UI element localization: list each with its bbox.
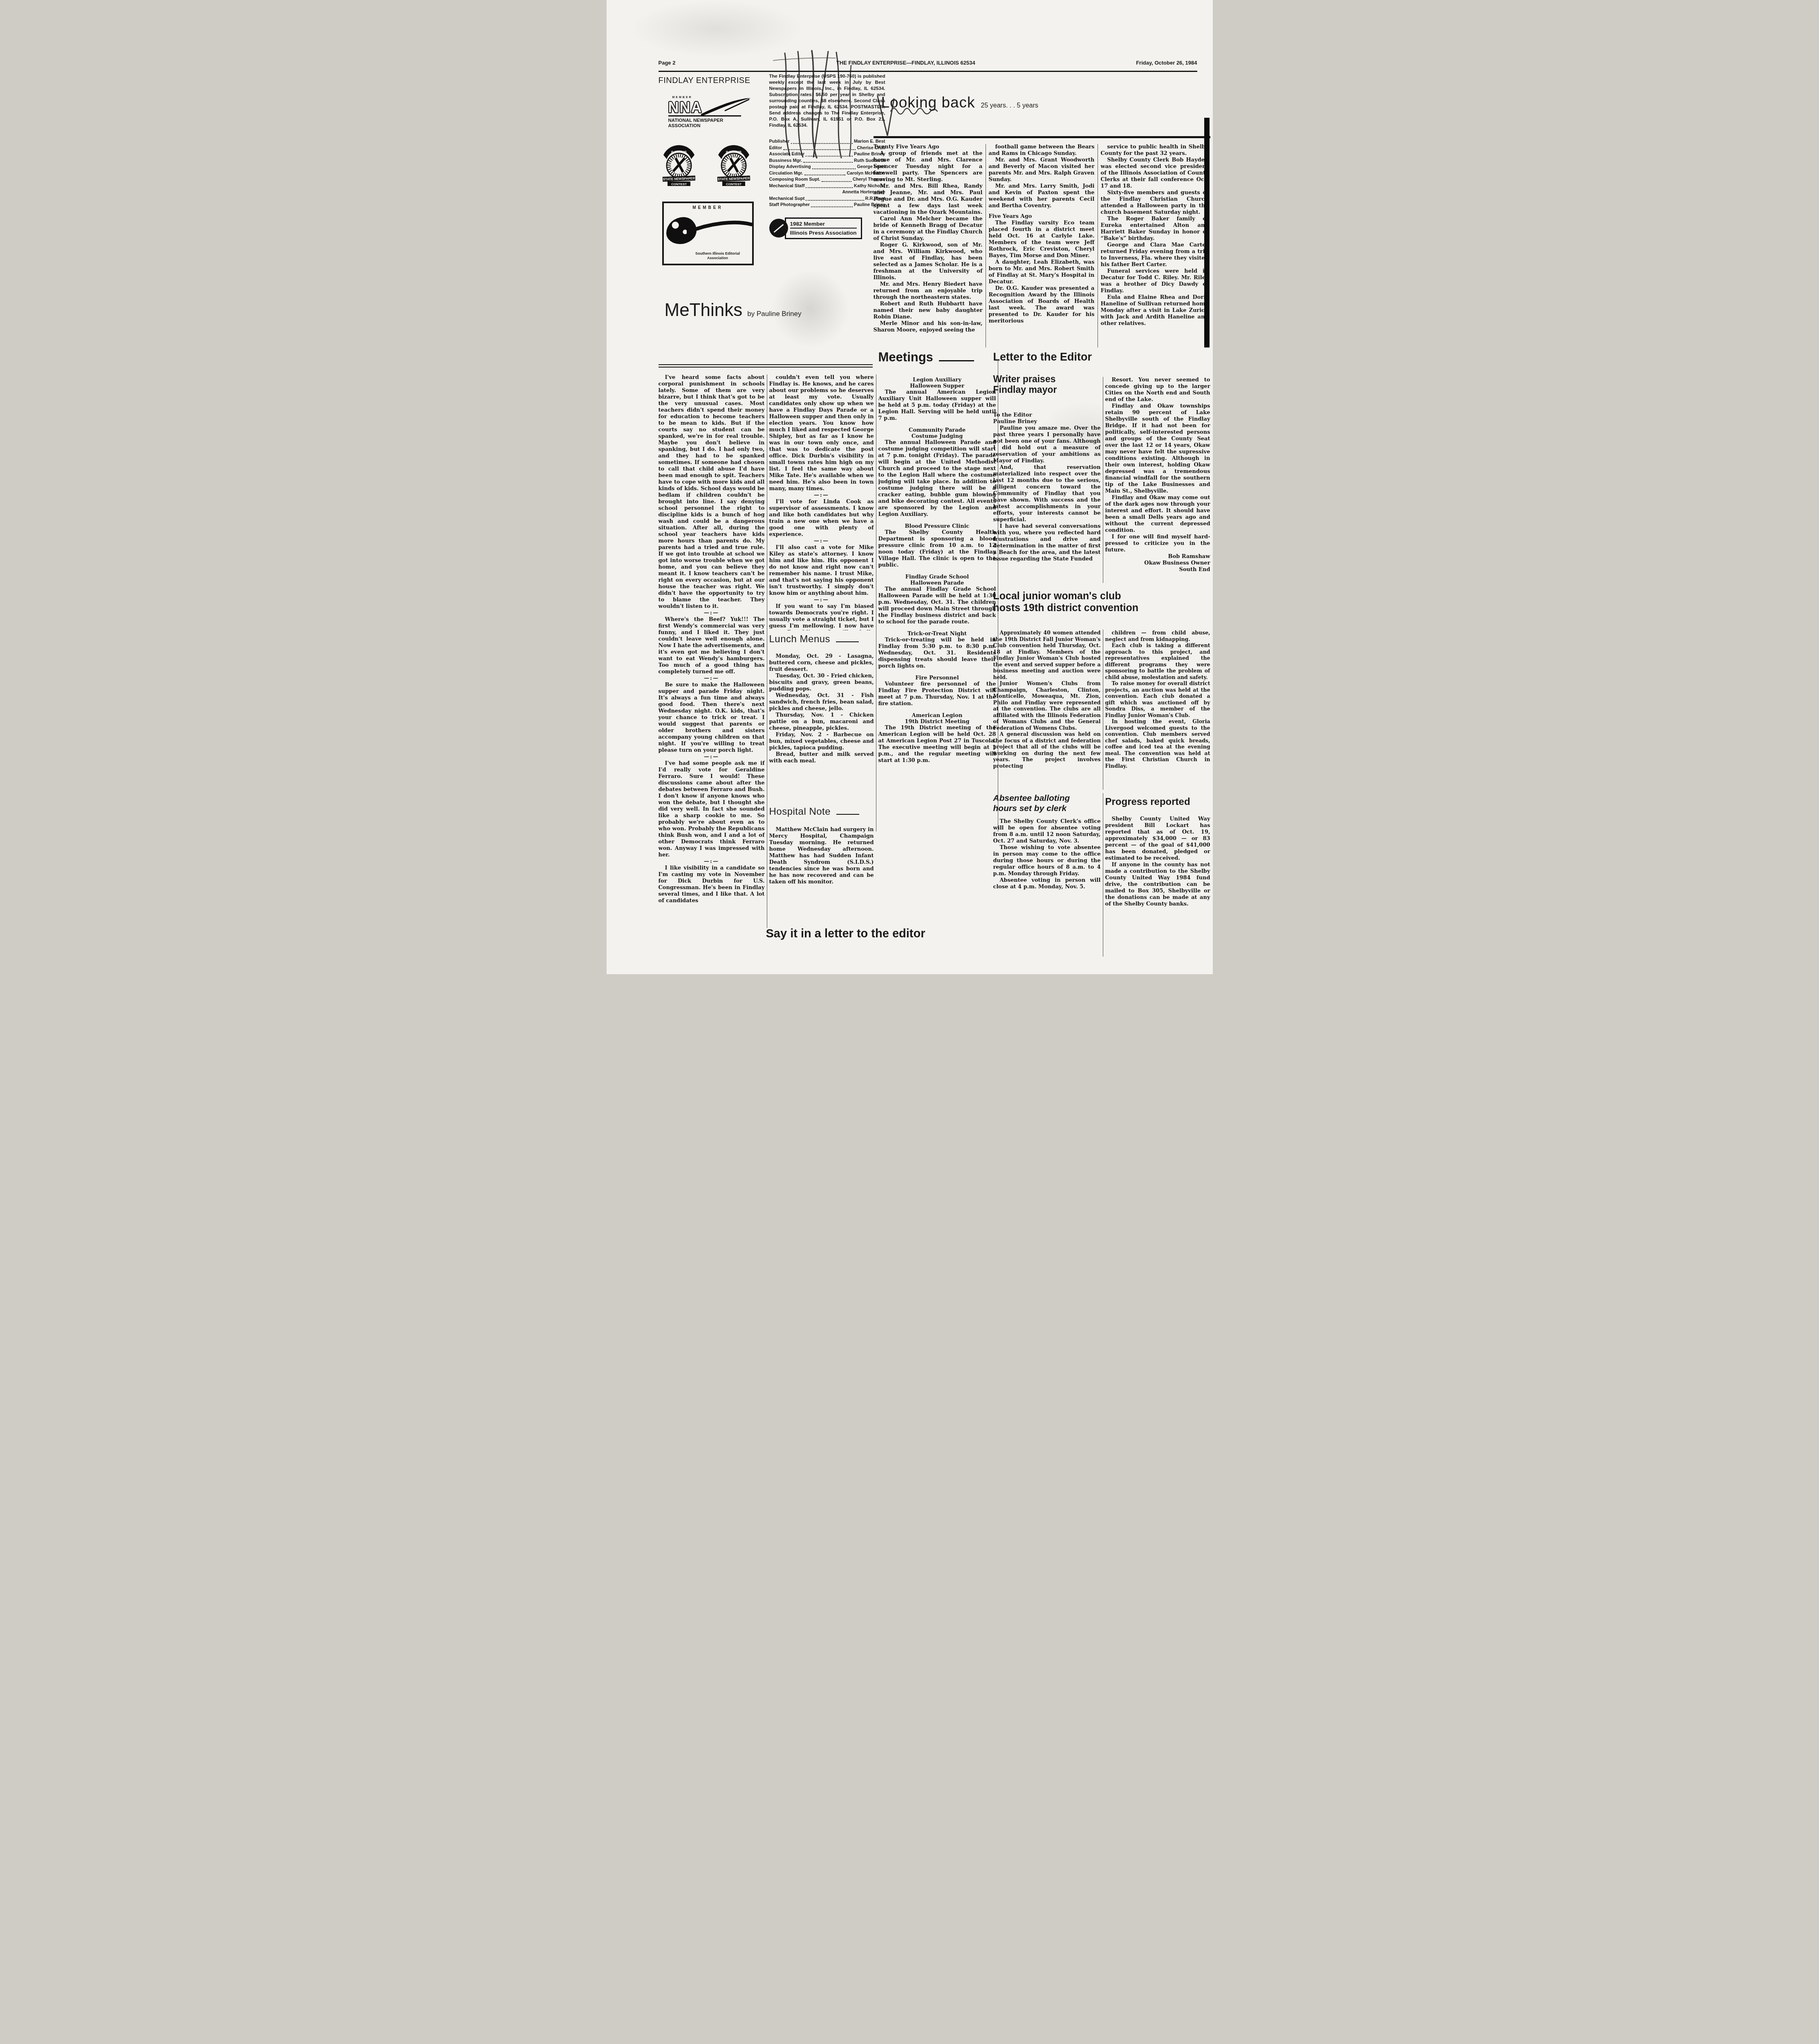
page-number: Page 2 [659, 60, 676, 66]
paragraph: Bob Ramshaw [1105, 554, 1210, 560]
paragraph: Mr. and Mrs. Henry Biedert have returned… [874, 281, 983, 301]
subsection-head: Five Years Ago [989, 213, 1095, 220]
paragraph: Sixty-five members and guests of the Fin… [1101, 190, 1209, 216]
looking-back-col3: service to public health in Shelby Count… [1098, 144, 1210, 347]
absentee-body: The Shelby County Clerk's office will be… [993, 818, 1101, 945]
paragraph: Thursday, Nov. 1 - Chicken pattie on a b… [769, 712, 874, 732]
methinks-byline: by Pauline Briney [747, 310, 801, 318]
publication-info: The Findlay Enterprise (USPS 190-760) is… [769, 74, 885, 129]
paragraph: Friday, Nov. 2 - Barbecue on bun, mixed … [769, 732, 874, 751]
paragraph: Wednesday, Oct. 31 - Fish sandwich, fren… [769, 693, 874, 712]
paragraph: Findlay and Okaw townships retain 90 per… [1105, 403, 1210, 495]
methinks-col1: I've heard some facts about corporal pun… [659, 374, 765, 930]
staff-row: Associate EditorPauline Briney [769, 151, 885, 158]
paragraph: Each club is taking a different approach… [1105, 642, 1210, 680]
paragraph: I like visibility in a candidate so I'm … [659, 865, 765, 904]
quill-icon [700, 97, 753, 118]
letter-addressee: Pauline Briney [993, 419, 1101, 425]
section-separator: —:— [769, 597, 874, 603]
heading-rule [836, 814, 859, 815]
header-rule [659, 71, 1197, 72]
staff-row: Mechanical StaffKathy Nichols, [769, 183, 885, 190]
column-rule [1103, 793, 1103, 957]
paragraph: I have had several conversations with yo… [993, 523, 1101, 563]
looking-back-article: Twenty Five Years Ago A group of friends… [874, 144, 1210, 347]
paragraph: Bread, butter and milk served with each … [769, 751, 874, 764]
swoosh-icon [687, 220, 752, 236]
paragraph: Volunteer fire personnel of the Findlay … [878, 681, 996, 707]
paragraph: Junior Women's Clubs from Champaign, Cha… [993, 680, 1101, 731]
staff-row: Annetta Hortenstine [769, 189, 885, 196]
heading-rule [836, 641, 859, 642]
paragraph: The annual American Legion Auxiliary Uni… [878, 389, 996, 422]
paragraph: Carol Ann Melcher became the bride of Ke… [874, 216, 983, 242]
masthead-line: THE FINDLAY ENTERPRISE—FINDLAY, ILLINOIS… [675, 60, 1136, 66]
paragraph: Shelby County Clerk Bob Hayden was elect… [1101, 157, 1209, 190]
letter-col1: To the Editor Pauline Briney Pauline you… [993, 412, 1101, 582]
paragraph: Monday, Oct. 29 - Lasagna, buttered corn… [769, 653, 874, 673]
meetings-column: Legion Auxiliary Halloween Supper The an… [878, 377, 996, 831]
paragraph: If you want to say I'm biased towards De… [769, 603, 874, 630]
paragraph: Shelby County United Way president Bill … [1105, 816, 1210, 862]
paragraph: I'll also cast a vote for Mike Kiley as … [769, 545, 874, 597]
junior-club-col2: children — from child abuse, neglect and… [1105, 630, 1210, 793]
staff-row: Bussiness Mgr.Ruth Suddarth [769, 158, 885, 164]
paragraph: Tuesday, Oct. 30 - Fried chicken, biscui… [769, 673, 874, 693]
section-separator: —:— [769, 492, 874, 499]
page-header: Page 2 THE FINDLAY ENTERPRISE—FINDLAY, I… [659, 60, 1197, 66]
ipa-logo-icon [769, 219, 788, 238]
paragraph: Mr. and Mrs. Larry Smith, Jodi and Kevin… [989, 183, 1095, 209]
column-rule [876, 374, 876, 831]
scan-edge-bar [1204, 118, 1210, 347]
junior-club-headline: Local junior woman's club hosts 19th dis… [993, 590, 1213, 614]
section-separator: —:— [659, 754, 765, 760]
staff-row: Display AdvertisingGeorge Lozzi [769, 164, 885, 170]
methinks-col2: couldn't even tell you where Findlay is.… [769, 374, 874, 630]
newspaper-page: Page 2 THE FINDLAY ENTERPRISE—FINDLAY, I… [607, 0, 1213, 974]
paragraph: Trick-or-treating will be held in Findla… [878, 637, 996, 670]
paragraph: Be sure to make the Halloween supper and… [659, 682, 765, 754]
paragraph: Dr. O.G. Kauder was presented a Recognit… [989, 285, 1095, 325]
paragraph: I've had some people ask me if I'd reall… [659, 760, 765, 858]
staff-list: PublisherMarion E. BestEditorCherise Cru… [769, 139, 885, 208]
lunch-menus-body: Monday, Oct. 29 - Lasagna, buttered corn… [769, 653, 874, 803]
section-separator: —:— [769, 538, 874, 545]
column-rule [1103, 630, 1103, 790]
paragraph: Eula and Elaine Rhea and Doris Haneline … [1101, 294, 1209, 327]
letter-section-heading: Letter to the Editor [993, 351, 1092, 363]
contest-badges: ILLINOIS STATE NEWSPAPER CONTEST ILLINOI… [661, 144, 768, 187]
section-separator: —:— [659, 858, 765, 865]
paragraph: service to public health in Shelby Count… [1101, 144, 1209, 157]
paragraph: A general discussion was held on the foc… [993, 731, 1101, 769]
paragraph: Okaw Business Owner [1105, 560, 1210, 567]
meetings-section: Legion Auxiliary Halloween Supper The an… [878, 377, 996, 422]
progress-headline: Progress reported [1105, 796, 1190, 808]
progress-body: Shelby County United Way president Bill … [1105, 816, 1210, 963]
paragraph: Mr. and Mrs. Grant Woodworth and Beverly… [989, 157, 1095, 183]
paragraph: A daughter, Leah Elizabeth, was born to … [989, 259, 1095, 285]
meetings-section: American Legion 19th District Meeting Th… [878, 713, 996, 764]
methinks-heading: MeThinks by Pauline Briney [665, 300, 802, 320]
meetings-section: Community Parade Costume Judging The ann… [878, 427, 996, 518]
letter-signature: Bob RamshawOkaw Business OwnerSouth End [1105, 554, 1210, 573]
member-org: Southern Illinois Editorial Association [685, 251, 750, 260]
hospital-note-body: Matthew McClain had surgery in Mercy Hos… [769, 827, 874, 920]
meetings-section: Blood Pressure Clinic The Shelby County … [878, 523, 996, 569]
paragraph: Pauline you amaze me. Over the past thre… [993, 425, 1101, 464]
paragraph: Mr. and Mrs. Bill Rhea, Randy and Jeanne… [874, 183, 983, 216]
meetings-section: Findlay Grade School Halloween Parade Th… [878, 574, 996, 625]
paragraph: couldn't even tell you where Findlay is.… [769, 374, 874, 492]
paragraph: I've heard some facts about corporal pun… [659, 374, 765, 610]
letter-salutation: To the Editor [993, 412, 1101, 419]
issue-date: Friday, October 26, 1984 [1136, 60, 1197, 66]
nna-logo: MEMBER NNA NATIONAL NEWSPAPER ASSOCIATIO… [668, 96, 754, 129]
ipa-org: Illinois Press Association [790, 230, 857, 236]
absentee-headline: Absentee balloting hours set by clerk [993, 793, 1070, 814]
paragraph: Funeral services were held in Decatur fo… [1101, 268, 1209, 294]
heading-rule [939, 360, 974, 361]
staff-row: Mechanical SuptR.R. Best [769, 196, 885, 202]
paragraph: The Shelby County Clerk's office will be… [993, 818, 1101, 845]
letter-col2: Resort. You never seemed to concede givi… [1105, 377, 1210, 583]
scan-smudge [631, 0, 803, 57]
paragraph: I'll vote for Linda Cook as supervisor o… [769, 499, 874, 538]
paragraph: Findlay and Okaw may come out of the dar… [1105, 495, 1210, 534]
methinks-rule [659, 364, 873, 368]
paragraph: The Findlay varsity Eco team placed four… [989, 220, 1095, 259]
paragraph: Approximately 40 women attended the 19th… [993, 630, 1101, 680]
staff-row: Composing Room Supt.Cheryl Thomas [769, 177, 885, 183]
paragraph: Matthew McClain had surgery in Mercy Hos… [769, 827, 874, 885]
column-rule [998, 360, 998, 831]
looking-back-rule [874, 136, 1210, 138]
meetings-section: Fire Personnel Volunteer fire personnel … [878, 675, 996, 707]
column-rule [767, 374, 767, 928]
paragraph: Those wishing to vote absentee in person… [993, 845, 1101, 877]
staff-row: Circulation Mgr.Carolyn McHatton [769, 170, 885, 177]
methinks-title: MeThinks [665, 300, 743, 320]
ipa-year: 1982 Member [790, 221, 857, 229]
publisher-block: The Findlay Enterprise (USPS 190-760) is… [769, 74, 885, 239]
paragraph: If anyone in the county has not made a c… [1105, 862, 1210, 908]
paragraph: Merle Minor and his son-in-law, Sharon M… [874, 320, 983, 334]
looking-back-heading: Looking back 25 years. . . 5 years [881, 94, 1039, 111]
paragraph: The annual Halloween Parade and costume … [878, 439, 996, 518]
paragraph: football game between the Bears and Rams… [989, 144, 1095, 157]
paragraph: The Shelby County Health Department is s… [878, 529, 996, 569]
staff-row: Staff PhotographerPauline Briney [769, 202, 885, 208]
svg-text:CONTEST: CONTEST [671, 182, 686, 186]
sie-member-box: MEMBER Southern Illinois Editorial Assoc… [662, 202, 754, 265]
section-separator: —:— [659, 610, 765, 616]
paragraph: George and Clara Mae Carter returned Fri… [1101, 242, 1209, 268]
illinois-contest-badge-icon: ILLINOIS STATE NEWSPAPER CONTEST [716, 144, 752, 187]
masthead: FINDLAY ENTERPRISE MEMBER NNA NATIONAL N… [659, 76, 768, 265]
looking-back-col2: football game between the Bears and Rams… [986, 144, 1098, 347]
paragraph: Where's the Beef? Yuk!!! The first Wendy… [659, 616, 765, 675]
subsection-head: Twenty Five Years Ago [874, 144, 983, 150]
newspaper-title: FINDLAY ENTERPRISE [659, 76, 768, 85]
paragraph: In hosting the event, Gloria Livergood w… [1105, 718, 1210, 769]
paragraph: I for one will find myself hard-pressed … [1105, 534, 1210, 554]
looking-back-subtitle: 25 years. . . 5 years [981, 102, 1039, 110]
svg-text:CONTEST: CONTEST [726, 182, 741, 186]
paragraph: children — from child abuse, neglect and… [1105, 630, 1210, 642]
hospital-note-heading: Hospital Note [769, 806, 860, 818]
paragraph: Roger G. Kirkwood, son of Mr. and Mrs. W… [874, 242, 983, 281]
paragraph: The Roger Baker family of Eureka enterta… [1101, 216, 1209, 242]
staff-row: EditorCherise Cruit [769, 145, 885, 152]
ipa-badge: 1982 Member Illinois Press Association [769, 217, 885, 239]
looking-back-title: Looking back [881, 94, 975, 111]
lunch-menus-heading: Lunch Menus [769, 634, 859, 645]
paragraph: And, that reservation materialized into … [993, 464, 1101, 523]
staff-row: PublisherMarion E. Best [769, 139, 885, 145]
looking-back-col1: Twenty Five Years Ago A group of friends… [874, 144, 986, 347]
meetings-heading: Meetings [878, 350, 974, 365]
say-it-headline: Say it in a letter to the editor [766, 927, 987, 941]
section-separator: —:— [659, 675, 765, 682]
paragraph: Resort. You never seemed to concede givi… [1105, 377, 1210, 403]
letter-headline: Writer praises Findlay mayor [993, 374, 1057, 395]
paragraph: South End [1105, 567, 1210, 573]
junior-club-col1: Approximately 40 women attended the 19th… [993, 630, 1101, 790]
nna-tagline: NATIONAL NEWSPAPER ASSOCIATION [668, 118, 754, 129]
paragraph: The annual Findlay Grade School Hallowee… [878, 586, 996, 625]
column-rule [1103, 377, 1103, 583]
meetings-section: Trick-or-Treat Night Trick-or-treating w… [878, 631, 996, 670]
paragraph: A group of friends met at the home of Mr… [874, 150, 983, 183]
illinois-contest-badge-icon: ILLINOIS STATE NEWSPAPER CONTEST [661, 144, 697, 187]
paragraph: Robert and Ruth Hubbartt have named thei… [874, 301, 983, 320]
paragraph: To raise money for overall district proj… [1105, 680, 1210, 718]
paragraph: Absentee voting in person will close at … [993, 877, 1101, 890]
paragraph: The 19th District meeting of the America… [878, 725, 996, 764]
